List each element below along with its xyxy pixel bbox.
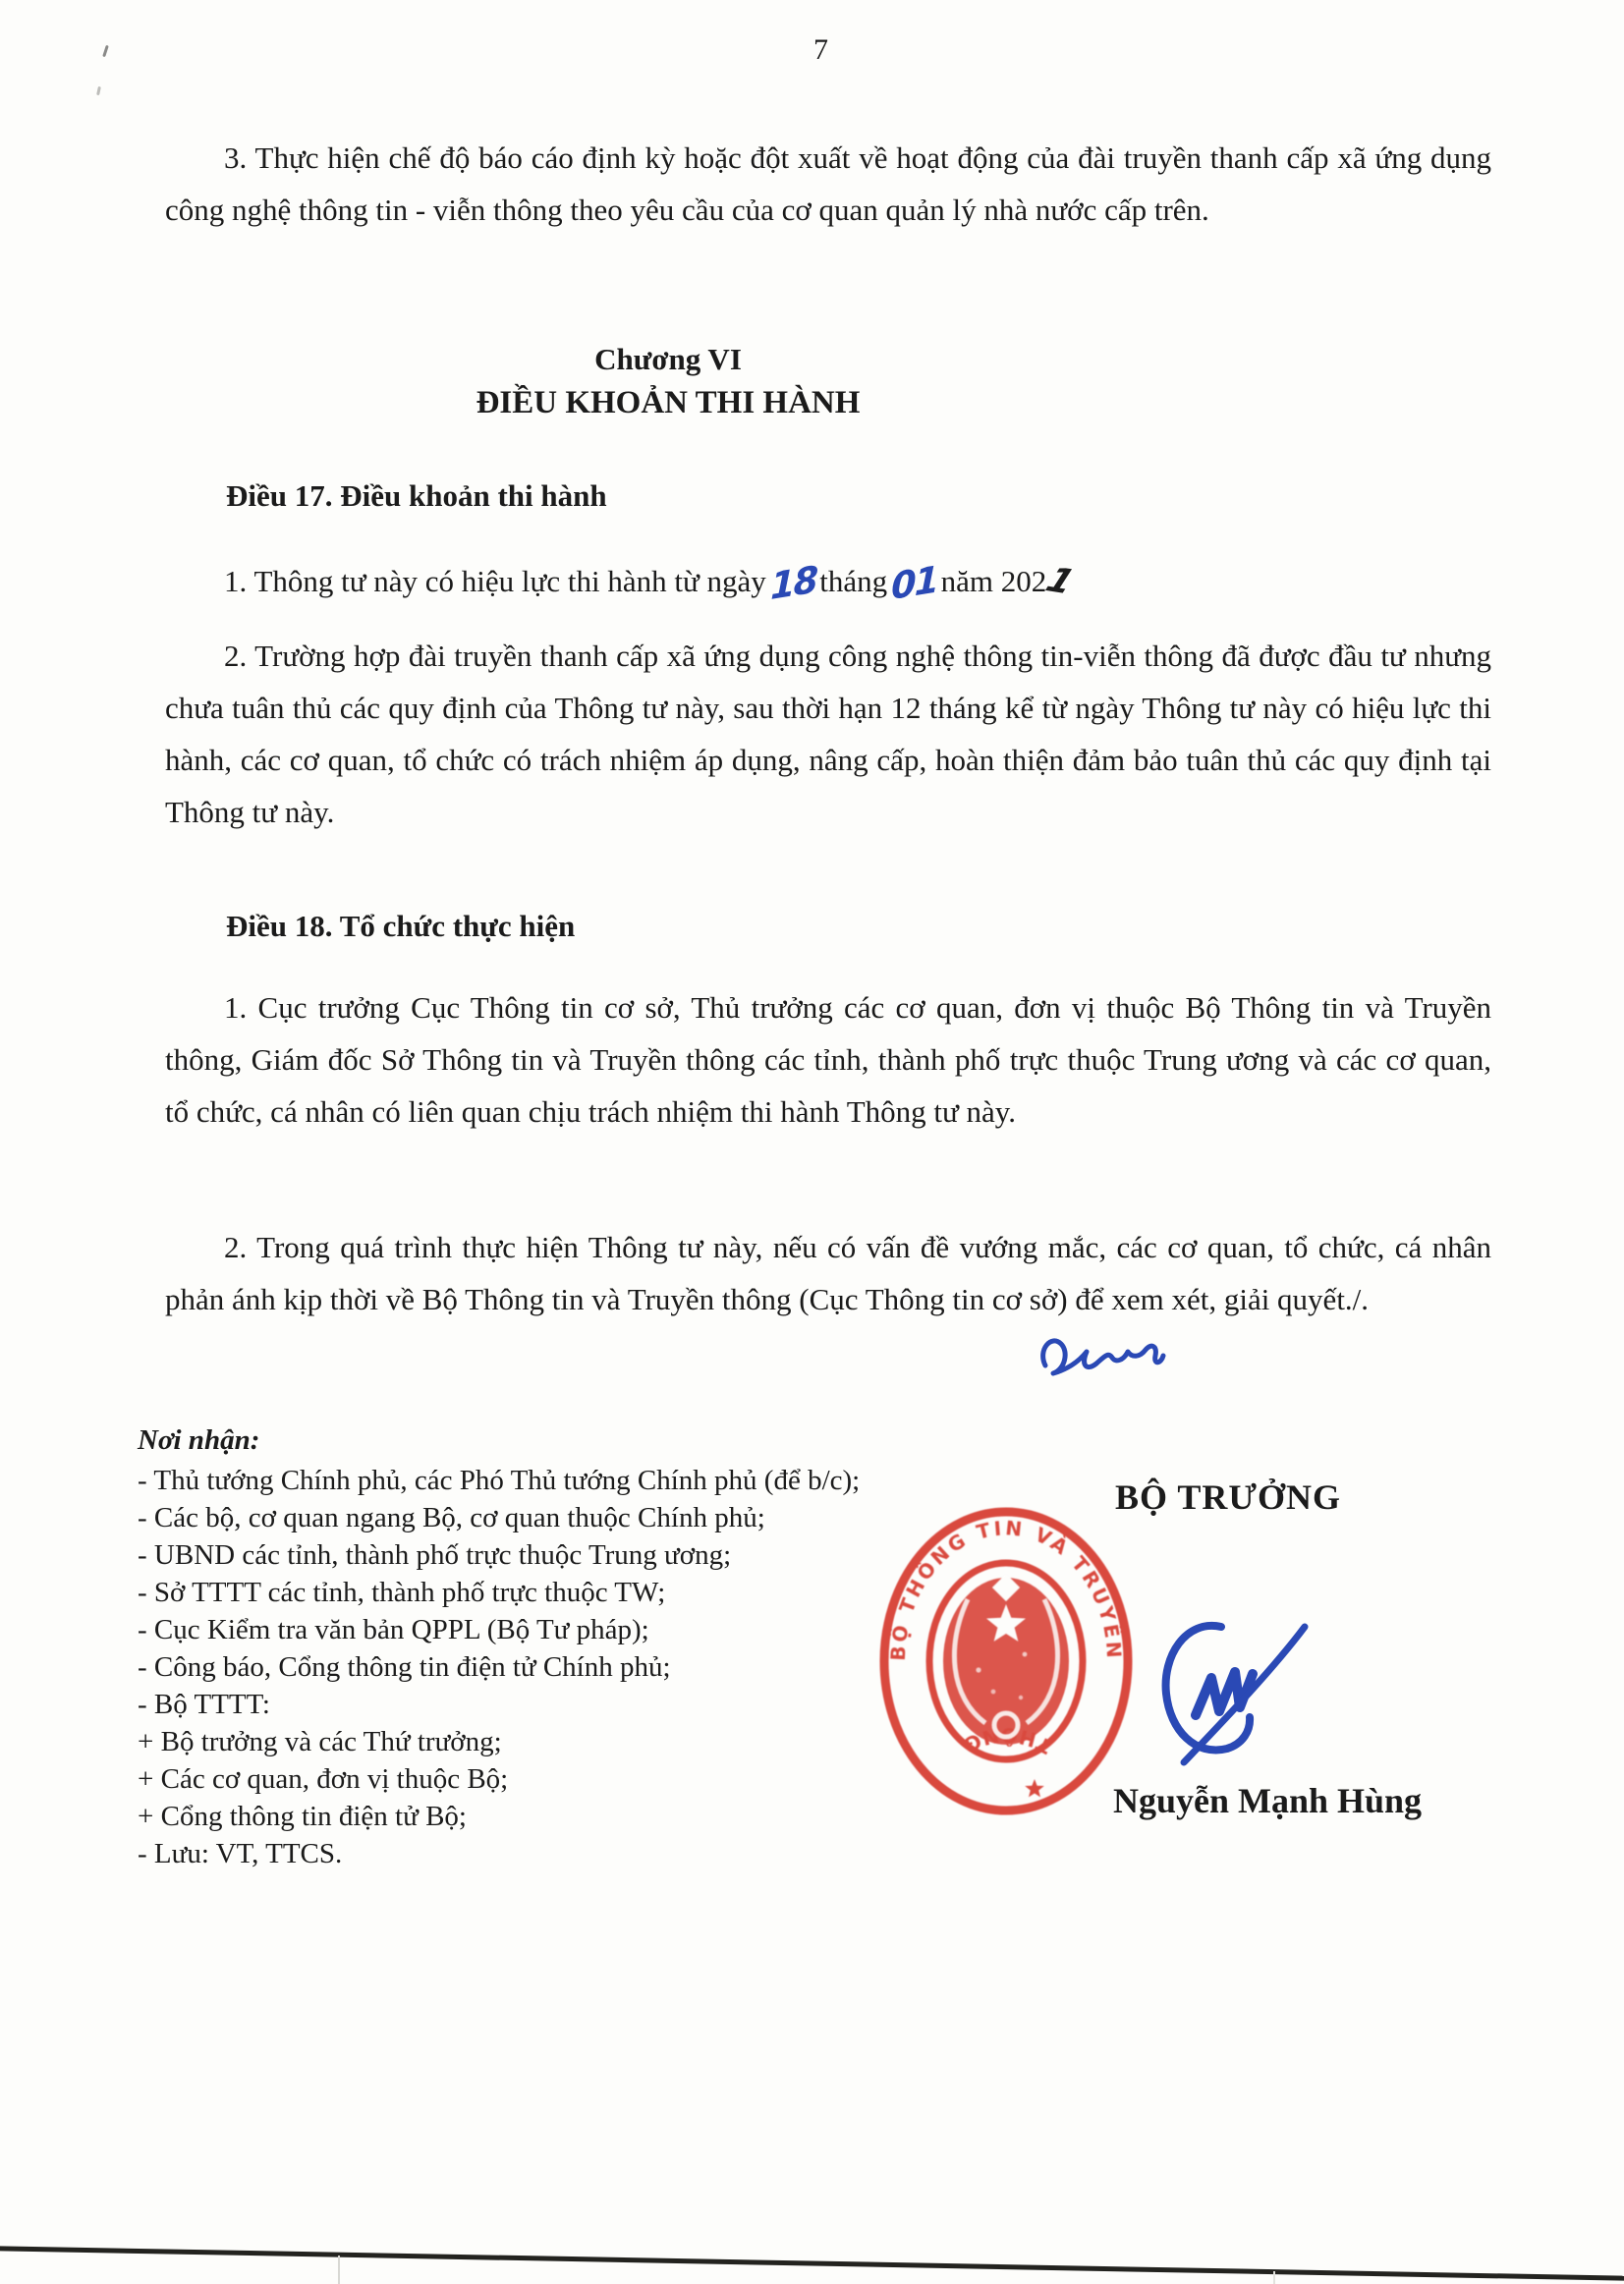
signature-scribble (1145, 1613, 1321, 1770)
handwritten-month: 01 (891, 561, 938, 605)
article-17-clause-2: 2. Trường hợp đài truyền thanh cấp xã ứn… (165, 630, 1491, 838)
article-18-clause-1: 1. Cục trưởng Cục Thông tin cơ sở, Thủ t… (165, 981, 1491, 1138)
scan-page-edge (0, 2246, 1624, 2282)
recipient-item: - Lưu: VT, TTCS. (138, 1835, 1100, 1872)
article-17-heading: Điều 17. Điều khoản thi hành (226, 478, 607, 514)
recipients-label: Nơi nhận: (138, 1424, 259, 1457)
handwritten-year-digit: 1 (1041, 564, 1077, 600)
handwritten-day: 18 (770, 561, 817, 605)
article-17-clause-1: 1. Thông tư này có hiệu lực thi hành từ … (165, 555, 1560, 607)
seal-bottom-star-icon (1025, 1779, 1044, 1797)
chapter-title: ĐIỀU KHOẢN THI HÀNH (349, 381, 987, 424)
chapter-label: Chương VI (349, 338, 987, 381)
scanned-document-page: 7 3. Thực hiện chế độ báo cáo định kỳ ho… (0, 0, 1624, 2284)
chapter-heading: Chương VI ĐIỀU KHOẢN THI HÀNH (349, 338, 987, 424)
paragraph-clause-3: 3. Thực hiện chế độ báo cáo định kỳ hoặc… (165, 132, 1491, 236)
page-number: 7 (813, 33, 828, 67)
recipient-item: - Thủ tướng Chính phủ, các Phó Thủ tướng… (138, 1462, 1100, 1499)
scan-artifact (96, 86, 101, 95)
article-18-heading: Điều 18. Tổ chức thực hiện (226, 909, 575, 944)
scan-artifact (1273, 2271, 1275, 2284)
nam-label: năm 202 (941, 564, 1047, 598)
seal-emblem (943, 1574, 1069, 1745)
minister-name: Nguyễn Mạnh Hùng (1071, 1780, 1464, 1821)
official-seal: BỘ THÔNG TIN VÀ TRUYỀN THÔNG (877, 1505, 1135, 1817)
scan-artifact (102, 45, 109, 57)
initial-scribble (1030, 1326, 1167, 1385)
thang-label: tháng (819, 564, 887, 598)
effective-date-text: 1. Thông tư này có hiệu lực thi hành từ … (224, 564, 766, 598)
article-18-clause-2: 2. Trong quá trình thực hiện Thông tư nà… (165, 1221, 1491, 1325)
scan-artifact (338, 2256, 340, 2284)
